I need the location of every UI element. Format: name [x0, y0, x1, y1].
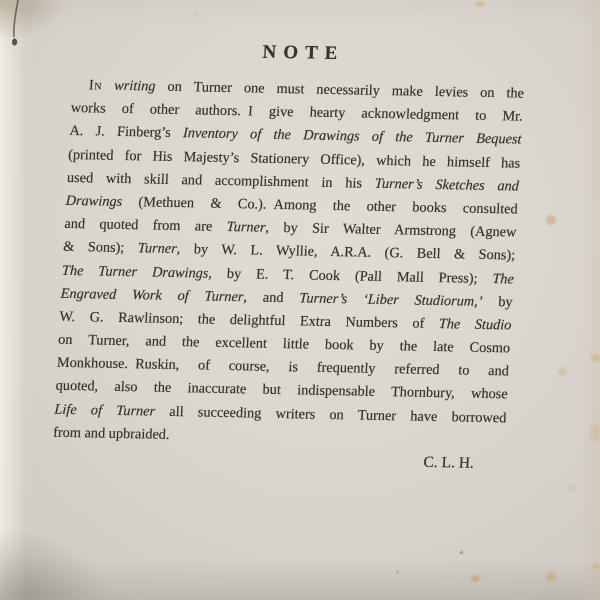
- foxing-spot: [414, 8, 418, 12]
- foxing-spot: [471, 575, 480, 582]
- ink-speck: [460, 551, 463, 554]
- foxing-spot: [592, 563, 599, 570]
- book-page-photo: NOTE In writing on Turner one must neces…: [0, 0, 600, 600]
- note-text: In writing on Turner one must necessaril…: [53, 74, 525, 453]
- foxing-spot: [476, 1, 484, 7]
- foxing-spot: [568, 484, 576, 492]
- ink-speck: [396, 571, 399, 574]
- page-title: NOTE: [73, 38, 526, 69]
- thread-mark: [0, 0, 34, 60]
- foxing-spot: [546, 572, 556, 582]
- page-text-block: NOTE In writing on Turner one must neces…: [51, 30, 526, 473]
- foxing-spot: [546, 215, 556, 225]
- foxing-spot: [590, 424, 600, 442]
- foxing-spot: [558, 367, 567, 376]
- foxing-spot: [193, 12, 198, 16]
- foxing-spot: [591, 354, 600, 362]
